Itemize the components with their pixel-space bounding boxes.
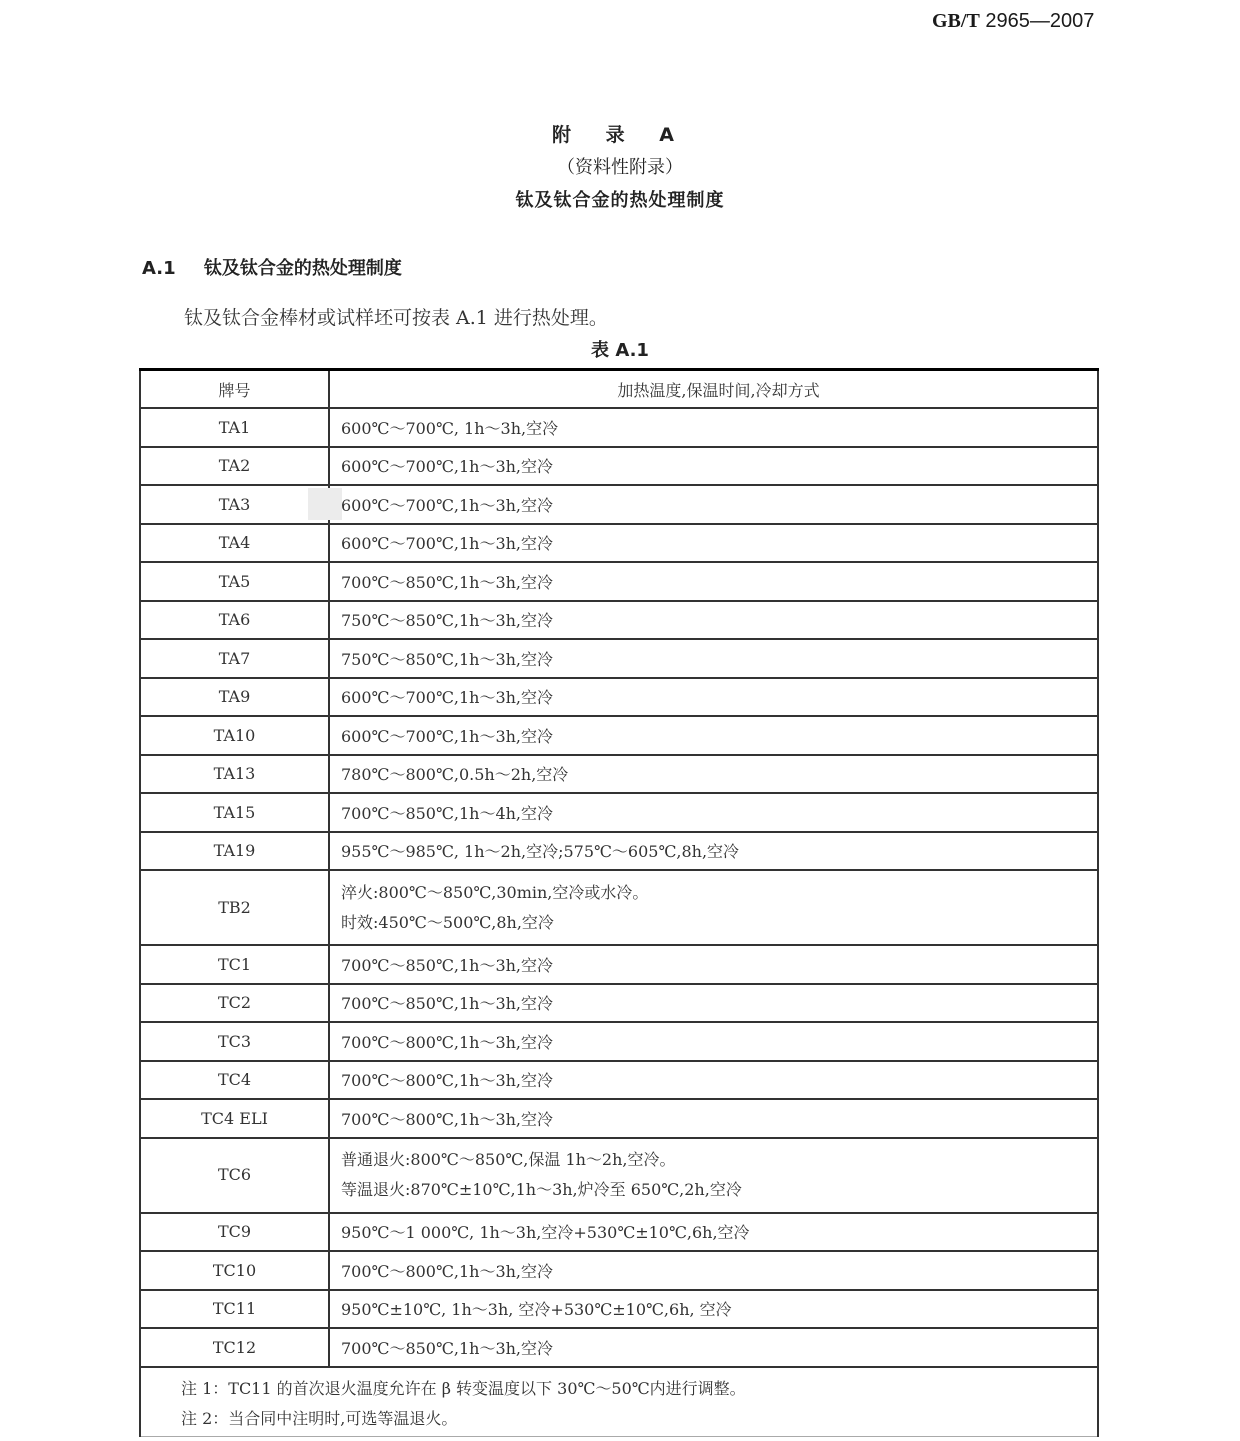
table-caption: 表 A.1 <box>0 336 1240 362</box>
section-number: A.1 <box>142 258 176 279</box>
table-row: TA4600℃～700℃,1h～3h,空冷 <box>140 524 1098 563</box>
treatment-cell: 700℃～850℃,1h～3h,空冷 <box>329 984 1098 1023</box>
table-row: TA15700℃～850℃,1h～4h,空冷 <box>140 793 1098 832</box>
section-title: 钛及钛合金的热处理制度 <box>204 258 402 279</box>
table-row: TA10600℃～700℃,1h～3h,空冷 <box>140 716 1098 755</box>
grade-cell: TA6 <box>140 601 329 640</box>
treatment-cell: 600℃～700℃,1h～3h,空冷 <box>329 447 1098 486</box>
grade-cell: TC6 <box>140 1138 329 1213</box>
grade-cell: TA9 <box>140 678 329 717</box>
treatment-line: 等温退火:870℃±10℃,1h～3h,炉冷至 650℃,2h,空冷 <box>341 1175 1096 1205</box>
treatment-cell: 700℃～850℃,1h～3h,空冷 <box>329 945 1098 984</box>
grade-cell: TC9 <box>140 1213 329 1252</box>
table-row: TC6普通退火:800℃～850℃,保温 1h～2h,空冷。等温退火:870℃±… <box>140 1138 1098 1213</box>
grade-cell: TA7 <box>140 639 329 678</box>
table-header-row: 牌号 加热温度,保温时间,冷却方式 <box>140 370 1098 409</box>
table-row: TA9600℃～700℃,1h～3h,空冷 <box>140 678 1098 717</box>
treatment-cell: 淬火:800℃～850℃,30min,空冷或水冷。时效:450℃～500℃,8h… <box>329 870 1098 945</box>
treatment-cell: 700℃～800℃,1h～3h,空冷 <box>329 1099 1098 1138</box>
standard-code: 2965—2007 <box>985 10 1094 32</box>
grade-cell: TA2 <box>140 447 329 486</box>
treatment-cell: 600℃～700℃,1h～3h,空冷 <box>329 678 1098 717</box>
grade-cell: TC1 <box>140 945 329 984</box>
table-row: TC4700℃～800℃,1h～3h,空冷 <box>140 1061 1098 1100</box>
treatment-cell: 955℃～985℃, 1h～2h,空冷;575℃～605℃,8h,空冷 <box>329 832 1098 871</box>
column-header-grade: 牌号 <box>140 370 329 409</box>
treatment-cell: 700℃～800℃,1h～3h,空冷 <box>329 1061 1098 1100</box>
treatment-line: 600℃～700℃,1h～3h,空冷 <box>341 531 1096 554</box>
grade-cell: TB2 <box>140 870 329 945</box>
grade-cell: TC3 <box>140 1022 329 1061</box>
table-row: TC11950℃±10℃, 1h～3h, 空冷+530℃±10℃,6h, 空冷 <box>140 1290 1098 1329</box>
section-heading: A.1 钛及钛合金的热处理制度 <box>142 254 402 280</box>
grade-cell: TA1 <box>140 408 329 447</box>
treatment-line: 600℃～700℃,1h～3h,空冷 <box>341 724 1096 747</box>
grade-cell: TC10 <box>140 1251 329 1290</box>
table-row: TC1700℃～850℃,1h～3h,空冷 <box>140 945 1098 984</box>
treatment-line: 600℃～700℃,1h～3h,空冷 <box>341 493 1096 516</box>
table-row: TC10700℃～800℃,1h～3h,空冷 <box>140 1251 1098 1290</box>
treatment-cell: 700℃～850℃,1h～4h,空冷 <box>329 793 1098 832</box>
treatment-line: 750℃～850℃,1h～3h,空冷 <box>341 647 1096 670</box>
heat-treatment-table: 牌号 加热温度,保温时间,冷却方式 TA1600℃～700℃, 1h～3h,空冷… <box>139 368 1099 1437</box>
table-row: TA3600℃～700℃,1h～3h,空冷 <box>140 485 1098 524</box>
treatment-line: 700℃～800℃,1h～3h,空冷 <box>341 1107 1096 1130</box>
treatment-cell: 750℃～850℃,1h～3h,空冷 <box>329 639 1098 678</box>
grade-cell: TA13 <box>140 755 329 794</box>
treatment-line: 700℃～850℃,1h～3h,空冷 <box>341 953 1096 976</box>
treatment-line: 950℃±10℃, 1h～3h, 空冷+530℃±10℃,6h, 空冷 <box>341 1297 1096 1320</box>
table-row: TA1600℃～700℃, 1h～3h,空冷 <box>140 408 1098 447</box>
treatment-cell: 600℃～700℃,1h～3h,空冷 <box>329 716 1098 755</box>
column-header-treatment: 加热温度,保温时间,冷却方式 <box>329 370 1098 409</box>
treatment-line: 700℃～800℃,1h～3h,空冷 <box>341 1030 1096 1053</box>
treatment-cell: 750℃～850℃,1h～3h,空冷 <box>329 601 1098 640</box>
grade-cell: TC4 ELI <box>140 1099 329 1138</box>
treatment-line: 淬火:800℃～850℃,30min,空冷或水冷。 <box>341 878 1096 908</box>
treatment-line: 普通退火:800℃～850℃,保温 1h～2h,空冷。 <box>341 1145 1096 1175</box>
table-row: TC12700℃～850℃,1h～3h,空冷 <box>140 1328 1098 1367</box>
grade-cell: TC11 <box>140 1290 329 1329</box>
table-row: TA7750℃～850℃,1h～3h,空冷 <box>140 639 1098 678</box>
treatment-line: 700℃～850℃,1h～3h,空冷 <box>341 570 1096 593</box>
treatment-cell: 700℃～850℃,1h～3h,空冷 <box>329 562 1098 601</box>
treatment-cell: 普通退火:800℃～850℃,保温 1h～2h,空冷。等温退火:870℃±10℃… <box>329 1138 1098 1213</box>
grade-cell: TC12 <box>140 1328 329 1367</box>
grade-cell: TA15 <box>140 793 329 832</box>
treatment-line: 780℃～800℃,0.5h～2h,空冷 <box>341 762 1096 785</box>
treatment-cell: 950℃～1 000℃, 1h～3h,空冷+530℃±10℃,6h,空冷 <box>329 1213 1098 1252</box>
table-row: TC4 ELI700℃～800℃,1h～3h,空冷 <box>140 1099 1098 1138</box>
section-paragraph: 钛及钛合金棒材或试样坯可按表 A.1 进行热处理。 <box>184 303 608 330</box>
treatment-cell: 600℃～700℃,1h～3h,空冷 <box>329 524 1098 563</box>
treatment-line: 700℃～800℃,1h～3h,空冷 <box>341 1068 1096 1091</box>
table-row: TA13780℃～800℃,0.5h～2h,空冷 <box>140 755 1098 794</box>
scan-artifact <box>308 488 342 520</box>
treatment-cell: 700℃～800℃,1h～3h,空冷 <box>329 1022 1098 1061</box>
table-notes: 注 1：TC11 的首次退火温度允许在 β 转变温度以下 30℃～50℃内进行调… <box>140 1367 1098 1437</box>
treatment-cell: 600℃～700℃,1h～3h,空冷 <box>329 485 1098 524</box>
treatment-line: 700℃～800℃,1h～3h,空冷 <box>341 1259 1096 1282</box>
grade-cell: TC2 <box>140 984 329 1023</box>
treatment-cell: 600℃～700℃, 1h～3h,空冷 <box>329 408 1098 447</box>
treatment-line: 700℃～850℃,1h～3h,空冷 <box>341 1336 1096 1359</box>
table-row: TA2600℃～700℃,1h～3h,空冷 <box>140 447 1098 486</box>
table-row: TC2700℃～850℃,1h～3h,空冷 <box>140 984 1098 1023</box>
treatment-line: 600℃～700℃,1h～3h,空冷 <box>341 685 1096 708</box>
table-row: TB2淬火:800℃～850℃,30min,空冷或水冷。时效:450℃～500℃… <box>140 870 1098 945</box>
treatment-cell: 950℃±10℃, 1h～3h, 空冷+530℃±10℃,6h, 空冷 <box>329 1290 1098 1329</box>
treatment-line: 955℃～985℃, 1h～2h,空冷;575℃～605℃,8h,空冷 <box>341 839 1096 862</box>
standard-prefix: GB/T <box>932 10 980 32</box>
treatment-line: 时效:450℃～500℃,8h,空冷 <box>341 908 1096 938</box>
treatment-line: 750℃～850℃,1h～3h,空冷 <box>341 608 1096 631</box>
appendix-label: 附 录 A <box>0 120 1240 147</box>
treatment-line: 600℃～700℃, 1h～3h,空冷 <box>341 416 1096 439</box>
treatment-line: 950℃～1 000℃, 1h～3h,空冷+530℃±10℃,6h,空冷 <box>341 1220 1096 1243</box>
treatment-cell: 700℃～850℃,1h～3h,空冷 <box>329 1328 1098 1367</box>
table-row: TC9950℃～1 000℃, 1h～3h,空冷+530℃±10℃,6h,空冷 <box>140 1213 1098 1252</box>
table-note: 注 2：当合同中注明时,可选等温退火。 <box>181 1404 1097 1434</box>
appendix-type: （资料性附录） <box>0 153 1240 179</box>
table-row: TA5700℃～850℃,1h～3h,空冷 <box>140 562 1098 601</box>
grade-cell: TA4 <box>140 524 329 563</box>
grade-cell: TA5 <box>140 562 329 601</box>
table-row: TA6750℃～850℃,1h～3h,空冷 <box>140 601 1098 640</box>
grade-cell: TA19 <box>140 832 329 871</box>
table-note: 注 1：TC11 的首次退火温度允许在 β 转变温度以下 30℃～50℃内进行调… <box>181 1374 1097 1404</box>
table-row: TC3700℃～800℃,1h～3h,空冷 <box>140 1022 1098 1061</box>
treatment-line: 600℃～700℃,1h～3h,空冷 <box>341 454 1096 477</box>
treatment-cell: 700℃～800℃,1h～3h,空冷 <box>329 1251 1098 1290</box>
treatment-cell: 780℃～800℃,0.5h～2h,空冷 <box>329 755 1098 794</box>
notes-row: 注 1：TC11 的首次退火温度允许在 β 转变温度以下 30℃～50℃内进行调… <box>140 1367 1098 1437</box>
grade-cell: TC4 <box>140 1061 329 1100</box>
grade-cell: TA3 <box>140 485 329 524</box>
table-row: TA19955℃～985℃, 1h～2h,空冷;575℃～605℃,8h,空冷 <box>140 832 1098 871</box>
grade-cell: TA10 <box>140 716 329 755</box>
appendix-title: 钛及钛合金的热处理制度 <box>0 186 1240 212</box>
standard-number: GB/T 2965—2007 <box>932 10 1094 33</box>
treatment-line: 700℃～850℃,1h～3h,空冷 <box>341 991 1096 1014</box>
treatment-line: 700℃～850℃,1h～4h,空冷 <box>341 801 1096 824</box>
